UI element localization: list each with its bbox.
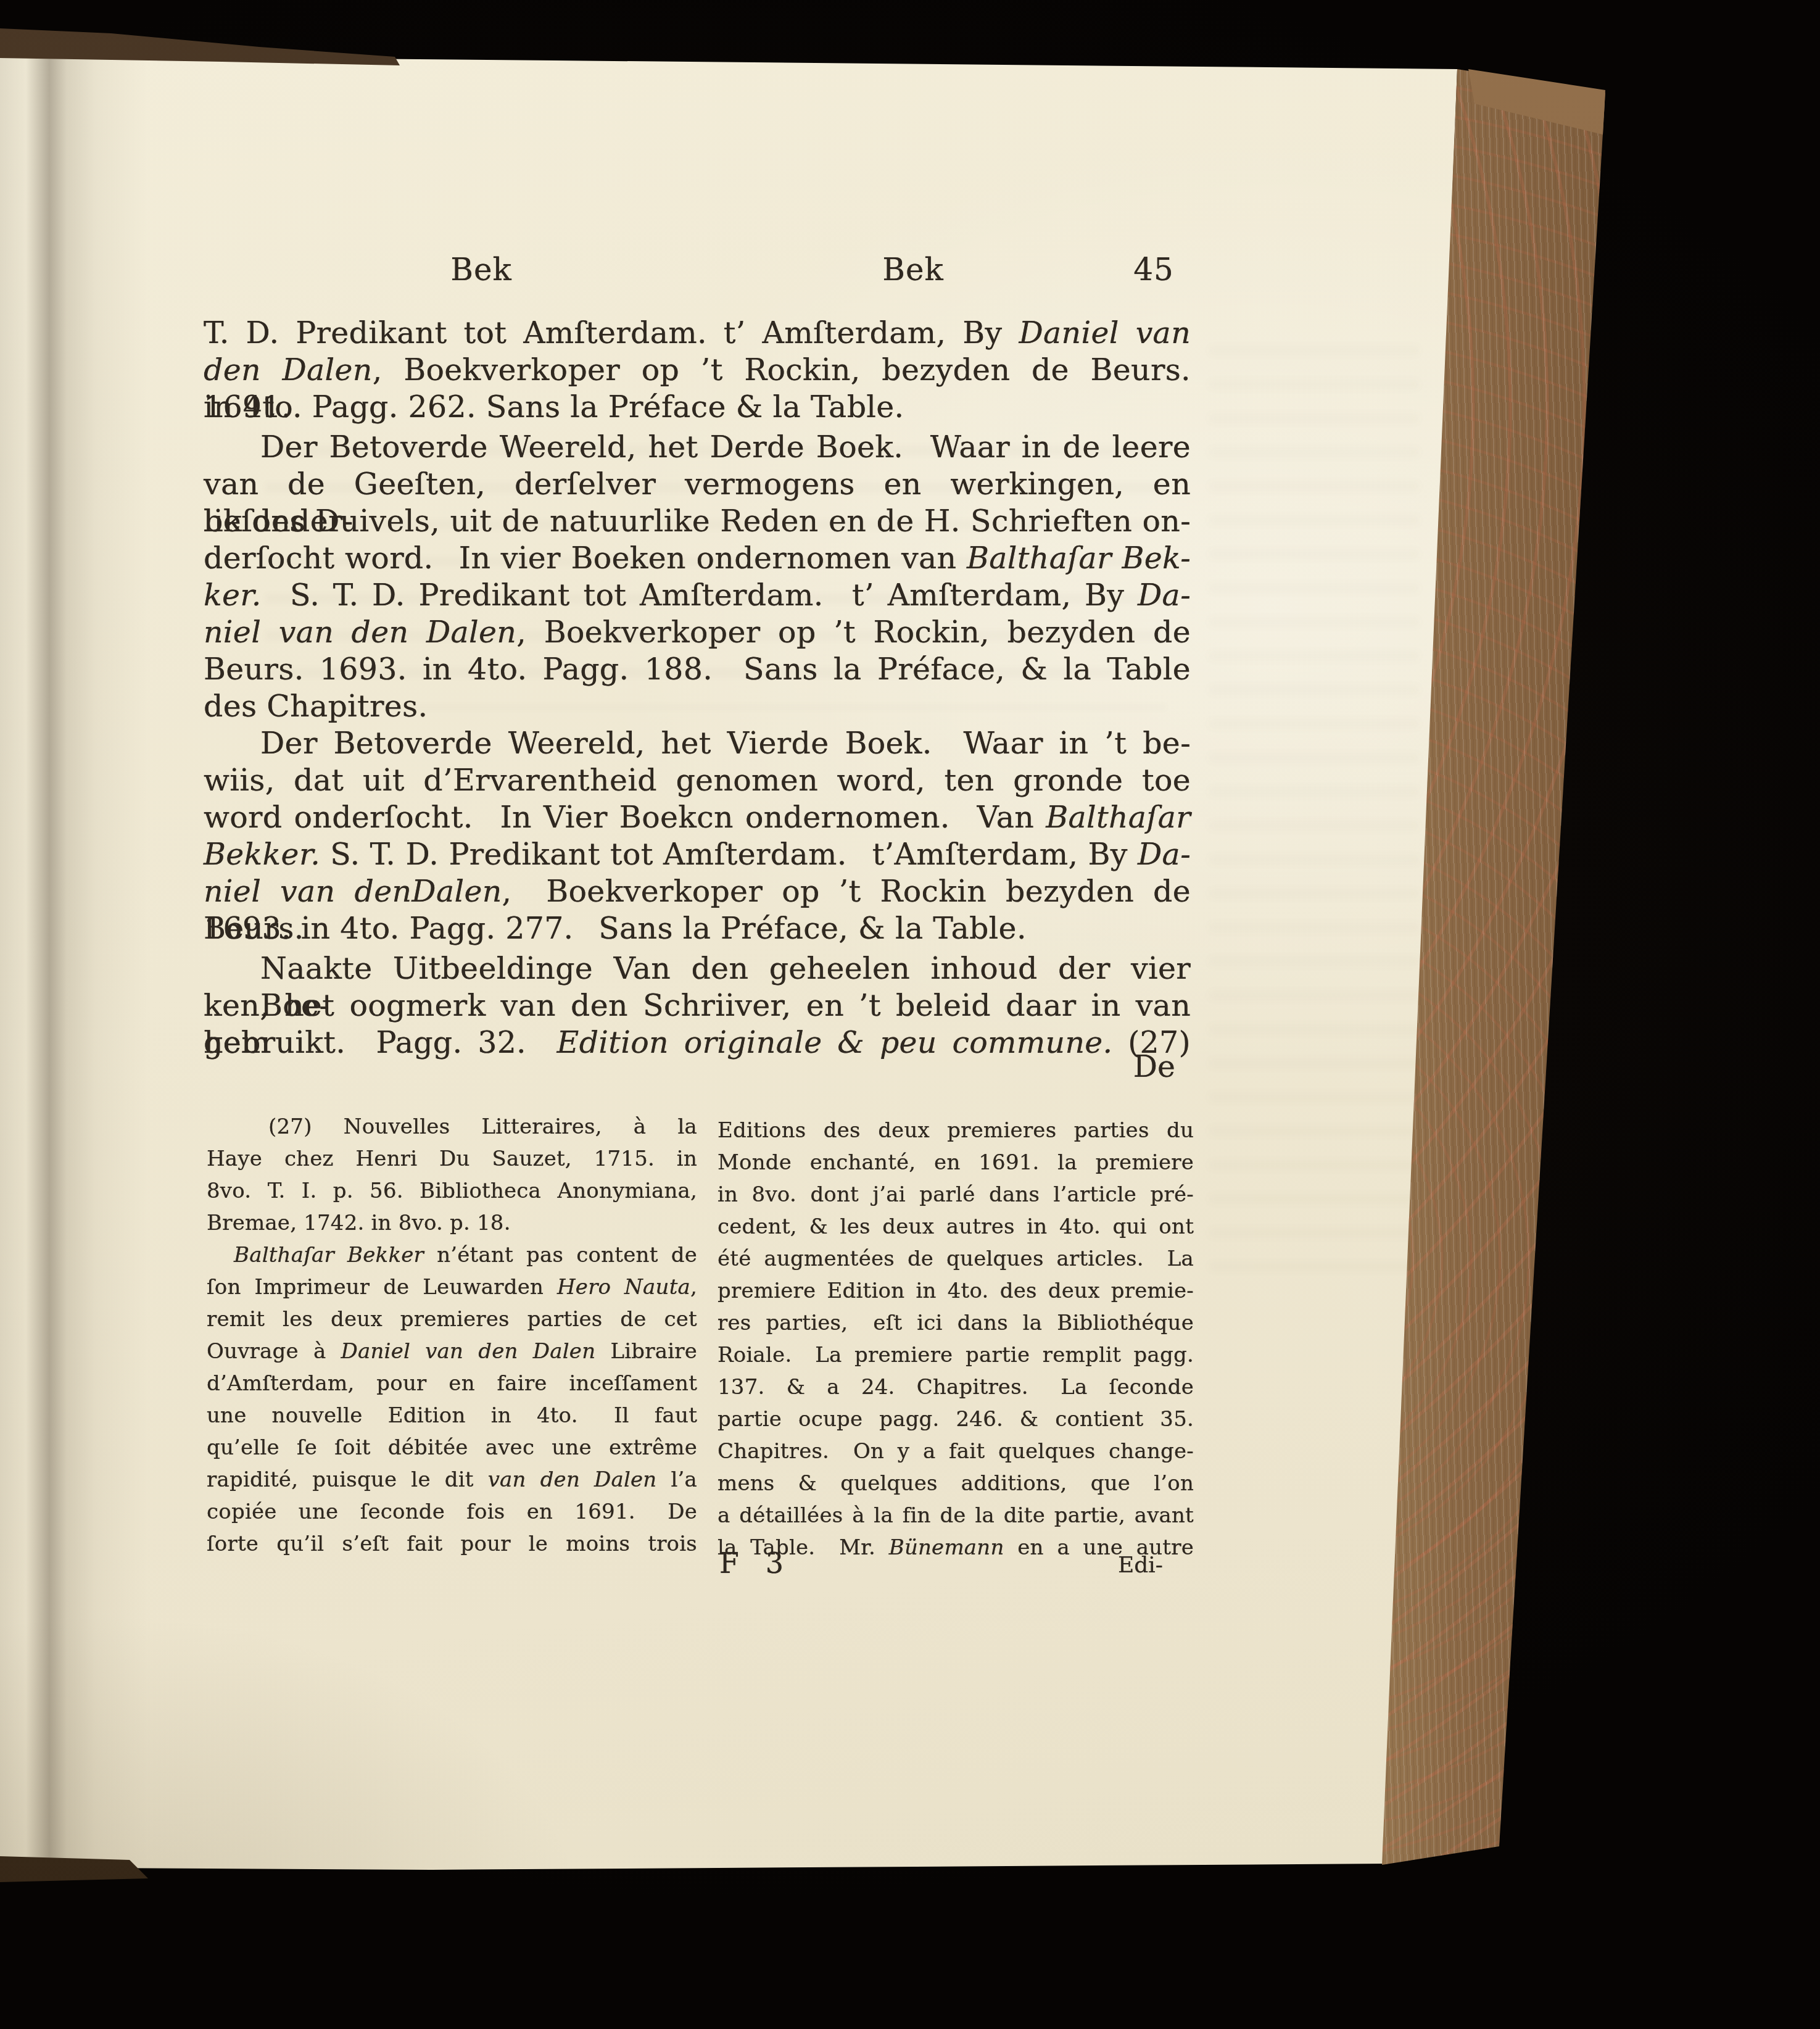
text-line: Bekker. S. T. D. Predikant tot Amſterdam…	[204, 836, 1191, 873]
text-line: in 8vo. dont j’ai parlé dans l’article p…	[718, 1179, 1194, 1211]
text-line: Balthaſar Bekker n’étant pas content de	[207, 1239, 697, 1271]
text-line: in 4to. Pagg. 262. Sans la Préface & la …	[204, 389, 1191, 426]
italic-text-run: Da-	[1138, 837, 1191, 872]
text-run: res parties, eſt ici dans la Bibliothéqu…	[718, 1311, 1194, 1335]
text-line: rapidité, puisque le dit van den Dalen l…	[207, 1464, 697, 1496]
text-run: Libraire	[595, 1339, 697, 1364]
italic-text-run: Daniel van	[1019, 315, 1191, 351]
text-line: Naakte Uitbeeldinge Van den geheelen inh…	[204, 950, 1191, 987]
text-run: Der Betoverde Weereld, het Vierde Boek. …	[260, 726, 1191, 761]
text-run: Beurs. 1693. in 4to. Pagg. 188. Sans la …	[204, 652, 1191, 687]
text-run: une nouvelle Edition in 4to. Il faut	[207, 1403, 697, 1428]
text-line: Monde enchanté, en 1691. la premiere	[718, 1147, 1194, 1179]
text-run: ſon Imprimeur de Leuwarden	[207, 1275, 557, 1300]
text-run: copiée une ſeconde fois en 1691. De	[207, 1500, 697, 1524]
text-line: Haye chez Henri Du Sauzet, 1715. in	[207, 1143, 697, 1175]
body-paragraph: Der Betoverde Weereld, het Derde Boek. W…	[204, 429, 1191, 725]
text-run: Der Betoverde Weereld, het Derde Boek. W…	[260, 429, 1191, 465]
text-line: den Dalen, Boekverkoper op ’t Rockin, be…	[204, 352, 1191, 389]
text-line: (27) Nouvelles Litteraires, à la	[207, 1111, 697, 1143]
page-number: 45	[1104, 252, 1203, 288]
text-line: Ouvrage à Daniel van den Dalen Libraire	[207, 1335, 697, 1367]
footnote-left-column: (27) Nouvelles Litteraires, à laHaye che…	[207, 1111, 697, 1560]
text-run: Chapitres. On y a fait quelques change-	[718, 1439, 1194, 1464]
text-line: derſocht word. In vier Boeken ondernomen…	[204, 540, 1191, 577]
text-line: T. D. Predikant tot Amſterdam. t’ Amſter…	[204, 315, 1191, 352]
text-line: word onderſocht. In Vier Boekcn ondernom…	[204, 799, 1191, 836]
showthrough-ghost-text	[1209, 346, 1419, 1271]
text-run: in 4to. Pagg. 262. Sans la Préface & la …	[204, 389, 904, 425]
text-line: une nouvelle Edition in 4to. Il faut	[207, 1400, 697, 1432]
text-run: premiere Edition in 4to. des deux premie…	[718, 1279, 1194, 1303]
text-run: a détaillées à la fin de la dite partie,…	[718, 1503, 1194, 1528]
text-run: T. D. Predikant tot Amſterdam. t’ Amſter…	[204, 315, 1019, 351]
text-line: mens & quelques additions, que l’on	[718, 1467, 1194, 1500]
text-run: 8vo. T. I. p. 56. Bibliotheca Anonymiana…	[207, 1179, 697, 1203]
text-line: lik des Duivels, uit de natuurlike Reden…	[204, 503, 1191, 540]
body-paragraph: Naakte Uitbeeldinge Van den geheelen inh…	[204, 950, 1191, 1061]
text-run: Bremae, 1742. in 8vo. p. 18.	[207, 1211, 511, 1235]
text-run: S. T. D. Predikant tot Amſterdam. t’Amſt…	[320, 837, 1138, 872]
text-run: Editions des deux premieres parties du	[718, 1118, 1194, 1143]
text-run: 137. & a 24. Chapitres. La ſeconde	[718, 1375, 1194, 1400]
body-paragraph: Der Betoverde Weereld, het Vierde Boek. …	[204, 725, 1191, 947]
text-run: ſorte qu’il s’eſt fait pour le moins tro…	[207, 1532, 697, 1556]
italic-text-run: niel van denDalen	[204, 874, 502, 909]
italic-text-run: Balthaſar Bekker	[234, 1243, 424, 1268]
text-run: word onderſocht. In Vier Boekcn ondernom…	[204, 800, 1046, 835]
text-line: Editions des deux premieres parties du	[718, 1114, 1194, 1147]
italic-text-run: Hero Nauta	[557, 1275, 690, 1300]
text-line: Der Betoverde Weereld, het Vierde Boek. …	[204, 725, 1191, 762]
running-title-left: Bek	[429, 252, 534, 288]
text-line: Bremae, 1742. in 8vo. p. 18.	[207, 1207, 697, 1239]
gutter-shadow	[0, 0, 160, 2029]
italic-text-run: Balthaſar	[1046, 800, 1191, 835]
signature-mark: F 3	[709, 1546, 802, 1580]
text-run: des Chapitres.	[204, 689, 428, 724]
text-line: été augmentées de quelques articles. La	[718, 1243, 1194, 1275]
text-line: ſorte qu’il s’eſt fait pour le moins tro…	[207, 1528, 697, 1560]
text-line: Chapitres. On y a fait quelques change-	[718, 1435, 1194, 1467]
catchword-mid-page: De	[204, 1049, 1191, 1084]
italic-text-run: Balthaſar Bek-	[967, 541, 1191, 576]
text-run: rapidité, puisque le dit	[207, 1467, 488, 1492]
text-line: des Chapitres.	[204, 688, 1191, 725]
text-line: a détaillées à la fin de la dite partie,…	[718, 1500, 1194, 1532]
text-line: Roiale. La premiere partie remplit pagg.	[718, 1339, 1194, 1371]
text-line: partie ocupe pagg. 246. & contient 35.	[718, 1403, 1194, 1435]
text-line: 8vo. T. I. p. 56. Bibliotheca Anonymiana…	[207, 1175, 697, 1207]
text-line: ker. S. T. D. Predikant tot Amſterdam. t…	[204, 577, 1191, 614]
text-run: d’Amſterdam, pour en faire inceſſament	[207, 1371, 697, 1396]
italic-text-run: Daniel van den Dalen	[341, 1339, 596, 1364]
text-run: ,	[690, 1275, 697, 1300]
text-run: in 8vo. dont j’ai parlé dans l’article p…	[718, 1182, 1194, 1207]
text-line: 137. & a 24. Chapitres. La ſeconde	[718, 1371, 1194, 1403]
italic-text-run: niel van den Dalen	[204, 615, 516, 650]
text-line: res parties, eſt ici dans la Bibliothéqu…	[718, 1307, 1194, 1339]
text-run: (27) Nouvelles Litteraires, à la	[268, 1114, 697, 1139]
text-line: ſon Imprimeur de Leuwarden Hero Nauta,	[207, 1271, 697, 1303]
text-line: premiere Edition in 4to. des deux premie…	[718, 1275, 1194, 1307]
italic-text-run: Da-	[1138, 578, 1191, 613]
text-line: niel van denDalen, Boekverkoper op ’t Ro…	[204, 873, 1191, 910]
text-line: d’Amſterdam, pour en faire inceſſament	[207, 1367, 697, 1400]
text-line: Beurs. 1693. in 4to. Pagg. 188. Sans la …	[204, 651, 1191, 688]
text-run: S. T. D. Predikant tot Amſterdam. t’ Amſ…	[262, 578, 1138, 613]
text-run: cedent, & les deux autres in 4to. qui on…	[718, 1214, 1194, 1239]
text-run: n’étant pas content de	[424, 1243, 697, 1268]
italic-text-run: den Dalen	[204, 352, 373, 388]
text-run: 1693. in 4to. Pagg. 277. Sans la Préface…	[204, 911, 1027, 946]
text-run: lik des Duivels, uit de natuurlike Reden…	[204, 504, 1191, 539]
text-run: remit les deux premieres parties de cet	[207, 1307, 697, 1332]
text-line: remit les deux premieres parties de cet	[207, 1303, 697, 1335]
text-run: Monde enchanté, en 1691. la premiere	[718, 1150, 1194, 1175]
text-line: copiée une ſeconde fois en 1691. De	[207, 1496, 697, 1528]
text-run: wiis, dat uit d’Ervarentheid genomen wor…	[204, 763, 1191, 798]
text-run: , Boekverkoper op ’t Rockin, bezyden de	[516, 615, 1191, 650]
text-run: mens & quelques additions, que l’on	[718, 1471, 1194, 1496]
scanned-book-photo: { "colors": { "background": "#0a0705", "…	[0, 0, 1820, 2029]
catchword-bottom: Edi-	[1018, 1553, 1163, 1578]
text-line: 1693. in 4to. Pagg. 277. Sans la Préface…	[204, 910, 1191, 947]
text-run: derſocht word. In vier Boeken ondernomen…	[204, 541, 967, 576]
text-run: Haye chez Henri Du Sauzet, 1715. in	[207, 1147, 697, 1171]
text-run: partie ocupe pagg. 246. & contient 35.	[718, 1407, 1194, 1432]
italic-text-run: van den Dalen	[488, 1467, 657, 1492]
text-run: été augmentées de quelques articles. La	[718, 1247, 1194, 1271]
text-line: niel van den Dalen, Boekverkoper op ’t R…	[204, 614, 1191, 651]
text-run: l’a	[656, 1467, 697, 1492]
text-line: ken, het oogmerk van den Schriiver, en ’…	[204, 987, 1191, 1024]
text-line: cedent, & les deux autres in 4to. qui on…	[718, 1211, 1194, 1243]
text-run: Roiale. La premiere partie remplit pagg.	[718, 1343, 1194, 1367]
text-line: van de Geeſten, derſelver vermogens en w…	[204, 466, 1191, 503]
text-run: Ouvrage à	[207, 1339, 341, 1364]
body-paragraph: T. D. Predikant tot Amſterdam. t’ Amſter…	[204, 315, 1191, 426]
italic-text-run: Bünemann	[889, 1535, 1004, 1560]
text-run: qu’elle ſe ſoit débitée avec une extrême	[207, 1435, 697, 1460]
running-title-right: Bek	[861, 252, 966, 288]
italic-text-run: Bekker.	[204, 837, 320, 872]
text-line: qu’elle ſe ſoit débitée avec une extrême	[207, 1432, 697, 1464]
footnote-right-column: Editions des deux premieres parties duMo…	[718, 1114, 1194, 1564]
text-line: Der Betoverde Weereld, het Derde Boek. W…	[204, 429, 1191, 466]
text-line: wiis, dat uit d’Ervarentheid genomen wor…	[204, 762, 1191, 799]
italic-text-run: ker.	[204, 578, 262, 613]
